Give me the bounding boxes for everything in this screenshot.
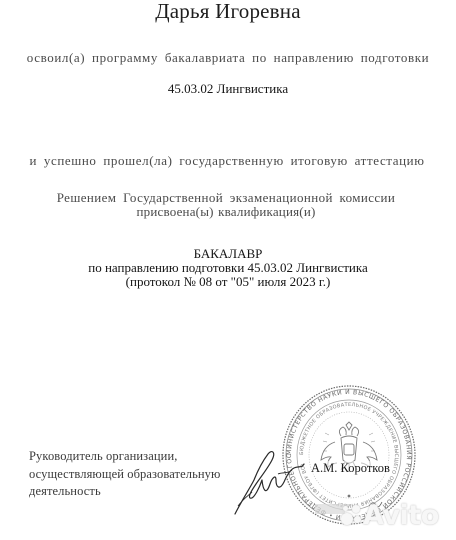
signatory-position-line-1: Руководитель организации, bbox=[29, 448, 220, 466]
signatory-position-line-3: деятельность bbox=[29, 483, 220, 501]
avito-logo-icon bbox=[340, 504, 362, 526]
signatory-name: А.М. Коротков bbox=[311, 461, 390, 475]
passed-attestation-line: и успешно прошел(ла) государственную ито… bbox=[0, 153, 455, 169]
signatory-position-line-2: осуществляющей образовательную bbox=[29, 466, 220, 484]
mastered-program-line: освоил(а) программу бакалавриата по напр… bbox=[0, 50, 456, 66]
avito-watermark-text: Avito bbox=[363, 500, 439, 531]
commission-decision-line-2: присвоена(ы) квалификация(и) bbox=[0, 204, 454, 220]
handwritten-signature-icon bbox=[232, 440, 312, 518]
qualification-protocol: (протокол № 08 от "05" июля 2023 г.) bbox=[0, 274, 456, 290]
signatory-position: Руководитель организации, осуществляющей… bbox=[29, 448, 220, 501]
avito-watermark: Avito bbox=[340, 499, 450, 533]
recipient-name: Дарья Игоревна bbox=[0, 0, 456, 24]
program-code-name: 45.03.02 Лингвистика bbox=[0, 81, 456, 97]
